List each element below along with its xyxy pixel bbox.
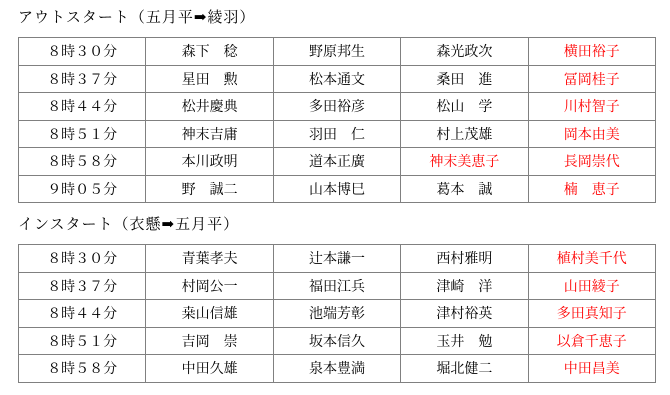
player-name-cell: 坂本信久 [273, 327, 400, 355]
tee-time-cell: ８時３７分 [19, 272, 146, 300]
player-name-cell: 多田真知子 [528, 300, 655, 328]
tee-time-cell: ８時４４分 [19, 300, 146, 328]
player-name-cell: 桒山信雄 [146, 300, 273, 328]
table-row: ８時５８分中田久雄泉本豊満堀北健二中田昌美 [19, 355, 656, 383]
player-name-cell: 羽田 仁 [273, 120, 400, 148]
tee-time-cell: ８時５１分 [19, 120, 146, 148]
table-row: ８時５８分本川政明道本正廣神末美恵子長岡崇代 [19, 148, 656, 176]
player-name-cell: 野原邦生 [273, 38, 400, 66]
player-name-cell: 横田裕子 [528, 38, 655, 66]
player-name-cell: 松山 学 [401, 93, 528, 121]
table-row: ８時３０分森下 稔野原邦生森光政次横田裕子 [19, 38, 656, 66]
player-name-cell: 堀北健二 [401, 355, 528, 383]
out-start-section-title: アウトスタート（五月平➡綾羽） [18, 9, 656, 28]
table-row: ９時０５分野 誠二山本博巳葛本 誠楠 恵子 [19, 175, 656, 203]
player-name-cell: 西村雅明 [401, 245, 528, 273]
player-name-cell: 村上茂雄 [401, 120, 528, 148]
player-name-cell: 吉岡 崇 [146, 327, 273, 355]
player-name-cell: 中田昌美 [528, 355, 655, 383]
table-row: ８時３７分村岡公一福田江兵津崎 洋山田綾子 [19, 272, 656, 300]
player-name-cell: 松本通文 [273, 65, 400, 93]
player-name-cell: 泉本豊満 [273, 355, 400, 383]
player-name-cell: 青葉孝夫 [146, 245, 273, 273]
player-name-cell: 本川政明 [146, 148, 273, 176]
player-name-cell: 野 誠二 [146, 175, 273, 203]
out-start-table-body: ８時３０分森下 稔野原邦生森光政次横田裕子８時３７分星田 勲松本通文桑田 進冨岡… [19, 38, 656, 203]
player-name-cell: 森下 稔 [146, 38, 273, 66]
tee-time-cell: ８時５８分 [19, 148, 146, 176]
player-name-cell: 福田江兵 [273, 272, 400, 300]
tee-time-cell: ８時５１分 [19, 327, 146, 355]
player-name-cell: 辻本謙一 [273, 245, 400, 273]
player-name-cell: 多田裕彦 [273, 93, 400, 121]
table-row: ８時４４分松井慶典多田裕彦松山 学川村智子 [19, 93, 656, 121]
player-name-cell: 植村美千代 [528, 245, 655, 273]
player-name-cell: 中田久雄 [146, 355, 273, 383]
player-name-cell: 神末吉庸 [146, 120, 273, 148]
player-name-cell: 山田綾子 [528, 272, 655, 300]
player-name-cell: 山本博巳 [273, 175, 400, 203]
start-list-document: アウトスタート（五月平➡綾羽） ８時３０分森下 稔野原邦生森光政次横田裕子８時３… [0, 0, 670, 395]
player-name-cell: 池端芳彰 [273, 300, 400, 328]
in-start-table: ８時３０分青葉孝夫辻本謙一西村雅明植村美千代８時３７分村岡公一福田江兵津崎 洋山… [18, 244, 656, 383]
player-name-cell: 長岡崇代 [528, 148, 655, 176]
player-name-cell: 楠 恵子 [528, 175, 655, 203]
table-row: ８時３０分青葉孝夫辻本謙一西村雅明植村美千代 [19, 245, 656, 273]
table-row: ８時４４分桒山信雄池端芳彰津村裕英多田真知子 [19, 300, 656, 328]
player-name-cell: 道本正廣 [273, 148, 400, 176]
player-name-cell: 葛本 誠 [401, 175, 528, 203]
player-name-cell: 森光政次 [401, 38, 528, 66]
table-row: ８時５１分神末吉庸羽田 仁村上茂雄岡本由美 [19, 120, 656, 148]
player-name-cell: 岡本由美 [528, 120, 655, 148]
out-start-table: ８時３０分森下 稔野原邦生森光政次横田裕子８時３７分星田 勲松本通文桑田 進冨岡… [18, 37, 656, 203]
tee-time-cell: ８時３０分 [19, 245, 146, 273]
player-name-cell: 川村智子 [528, 93, 655, 121]
in-start-table-body: ８時３０分青葉孝夫辻本謙一西村雅明植村美千代８時３７分村岡公一福田江兵津崎 洋山… [19, 245, 656, 383]
player-name-cell: 玉井 勉 [401, 327, 528, 355]
tee-time-cell: ８時３０分 [19, 38, 146, 66]
player-name-cell: 村岡公一 [146, 272, 273, 300]
table-row: ８時３７分星田 勲松本通文桑田 進冨岡桂子 [19, 65, 656, 93]
tee-time-cell: ９時０５分 [19, 175, 146, 203]
tee-time-cell: ８時４４分 [19, 93, 146, 121]
tee-time-cell: ８時５８分 [19, 355, 146, 383]
player-name-cell: 神末美恵子 [401, 148, 528, 176]
player-name-cell: 津村裕英 [401, 300, 528, 328]
player-name-cell: 以倉千恵子 [528, 327, 655, 355]
player-name-cell: 津崎 洋 [401, 272, 528, 300]
tee-time-cell: ８時３７分 [19, 65, 146, 93]
player-name-cell: 桑田 進 [401, 65, 528, 93]
player-name-cell: 冨岡桂子 [528, 65, 655, 93]
player-name-cell: 星田 勲 [146, 65, 273, 93]
in-start-section-title: インスタート（衣懸➡五月平） [18, 216, 656, 235]
table-row: ８時５１分吉岡 崇坂本信久玉井 勉以倉千恵子 [19, 327, 656, 355]
player-name-cell: 松井慶典 [146, 93, 273, 121]
